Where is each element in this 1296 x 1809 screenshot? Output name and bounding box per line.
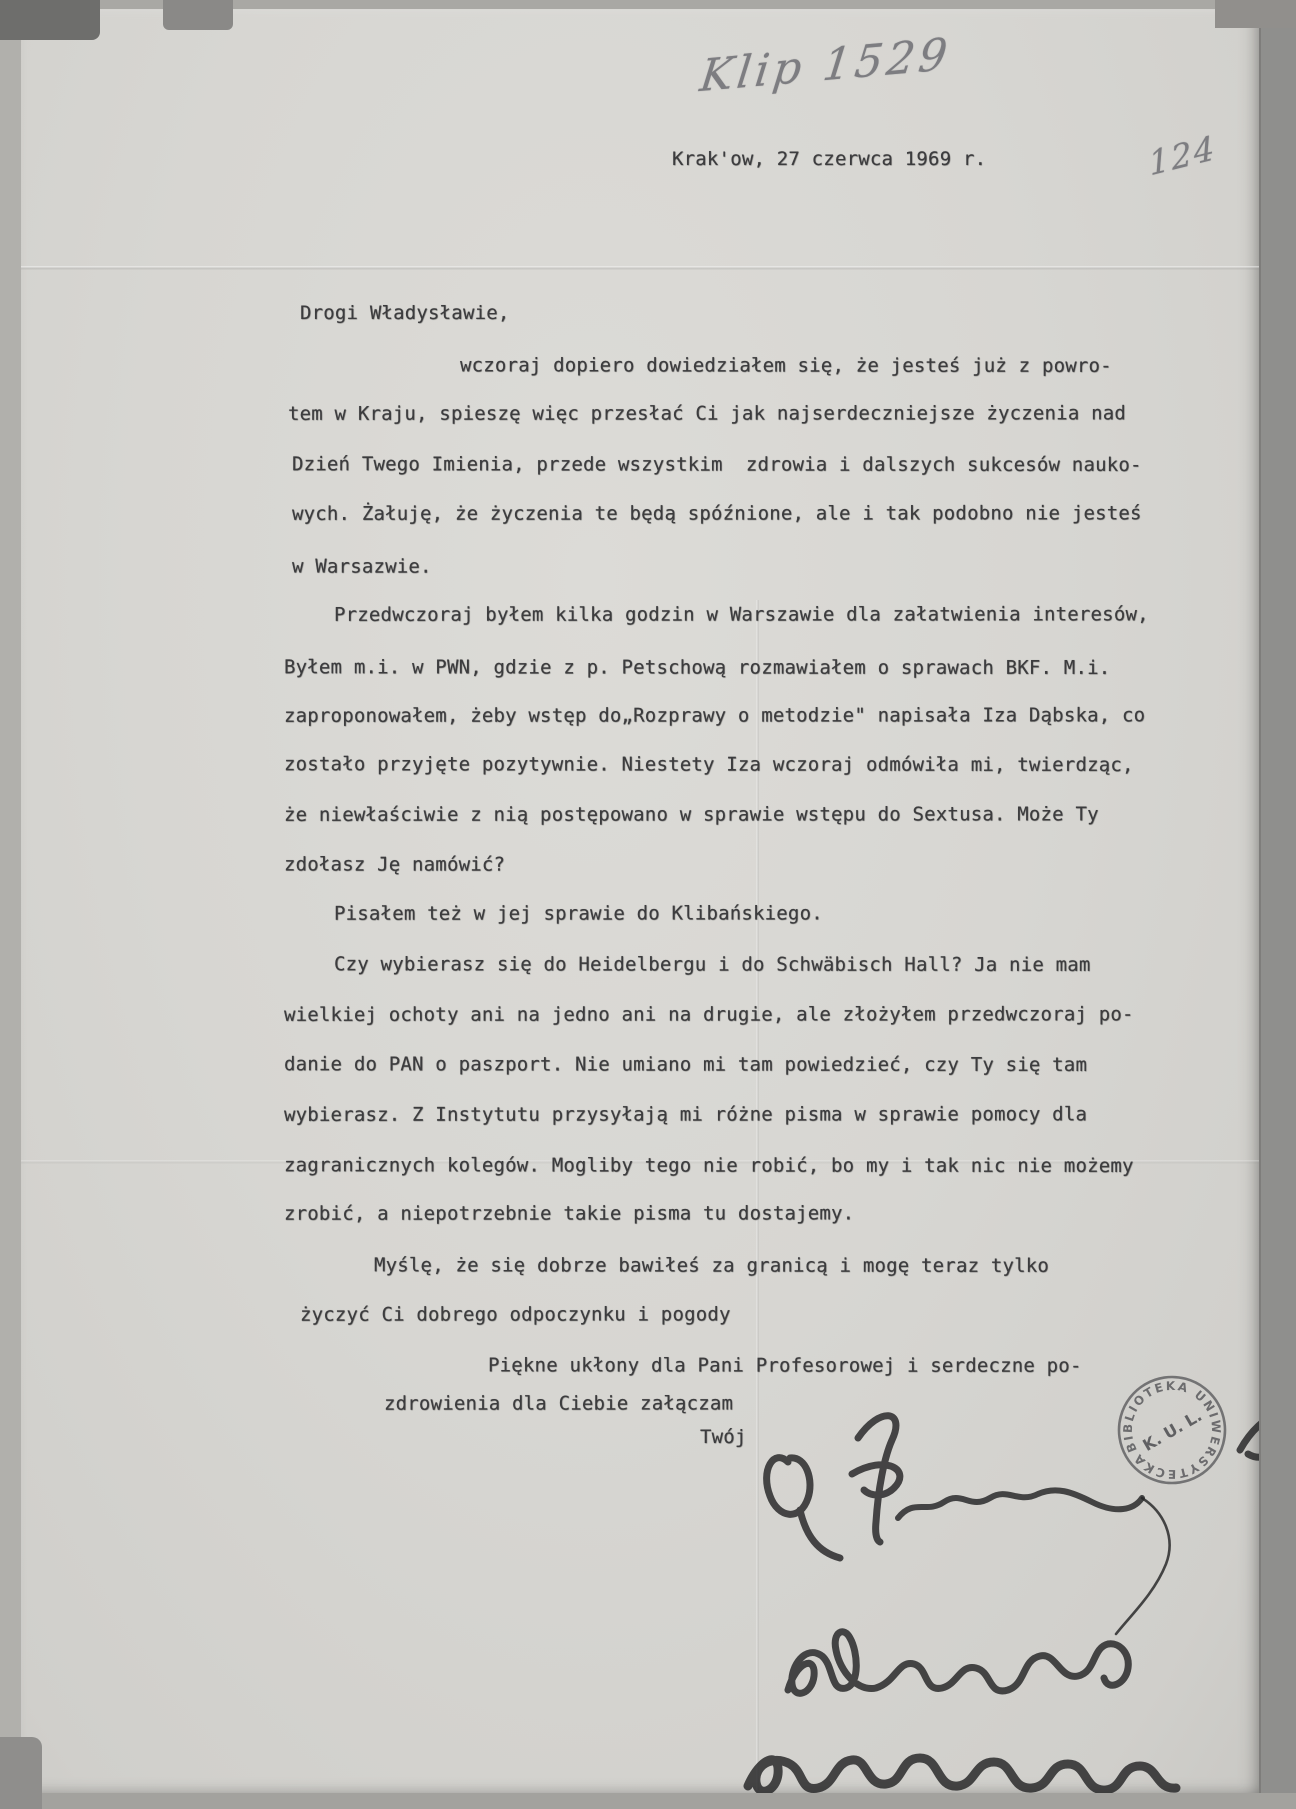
typed-line: Pisałem też w jej sprawie do Klibańskieg… [334, 900, 823, 926]
salutation: Drogi Władysławie, [300, 300, 510, 326]
signature-stroke-name-wave [898, 1490, 1142, 1518]
signature-stroke-row2 [788, 1632, 1128, 1694]
typed-line: zostało przyjęte pozytywnie. Niestety Iz… [284, 751, 1134, 778]
dateline: Krak'ow, 27 czerwca 1969 r. [672, 146, 986, 172]
scanner-shadow-patch [1215, 0, 1296, 28]
typed-line: Czy wybierasz się do Heidelbergu i do Sc… [334, 951, 1091, 978]
typed-line: zrobić, a niepotrzebnie takie pisma tu d… [284, 1200, 854, 1226]
signature-stroke-row3 [748, 1758, 1176, 1791]
typed-line: zdrowienia dla Ciebie załączam [384, 1390, 733, 1416]
typed-line: w Warsazwie. [292, 554, 432, 580]
scanner-edge-left [0, 0, 21, 1809]
typed-line: że niewłaściwie z nią postępowano w spra… [284, 801, 1099, 828]
typed-line: wczoraj dopiero dowiedziałem się, że jes… [460, 352, 1112, 379]
typed-line: Dzień Twego Imienia, przede wszystkim zd… [292, 451, 1142, 478]
signature-stroke-initial [852, 1416, 900, 1542]
scanner-edge-right [1259, 0, 1296, 1809]
typed-line: zdołasz Ję namówić? [284, 852, 505, 878]
typed-line: Myślę, że się dobrze bawiłeś za granicą … [374, 1252, 1049, 1279]
typed-line: danie do PAN o paszport. Nie umiano mi t… [284, 1051, 1087, 1078]
typed-line: tem w Kraju, spieszę więc przesłać Ci ja… [288, 400, 1126, 427]
fold-crease-horizontal [21, 266, 1259, 270]
scanner-shadow-patch [0, 0, 100, 40]
signature-stroke-loop [767, 1458, 840, 1558]
scanned-letter: Klip 1529 124 Krak'ow, 27 czerwca 1969 r… [0, 0, 1296, 1809]
typed-line: Przedwczoraj byłem kilka godzin w Warsza… [334, 601, 1149, 628]
typed-line: zagranicznych kolegów. Mogliby tego nie … [284, 1152, 1134, 1179]
scanner-edge-bottom [0, 1793, 1296, 1809]
scanner-shadow-patch [163, 0, 233, 30]
typed-line: Piękne ukłony dla Pani Profesorowej i se… [488, 1352, 1082, 1379]
typed-line: wielkiej ochoty ani na jedno ani na drug… [284, 1001, 1134, 1028]
typed-line: życzyć Ci dobrego odpoczynku i pogody [300, 1301, 731, 1327]
typed-line: Byłem m.i. w PWN, gdzie z p. Petschową r… [284, 654, 1110, 681]
typed-line: wych. Żałuję, że życzenia te będą spóźni… [292, 500, 1142, 527]
stamp-center-text: K. U. L. [1139, 1406, 1205, 1455]
scanner-shadow-patch [0, 1737, 42, 1809]
typed-line: zaproponowałem, żeby wstęp do„Rozprawy o… [284, 702, 1145, 729]
typed-line: wybierasz. Z Instytutu przysyłają mi róż… [284, 1101, 1087, 1128]
